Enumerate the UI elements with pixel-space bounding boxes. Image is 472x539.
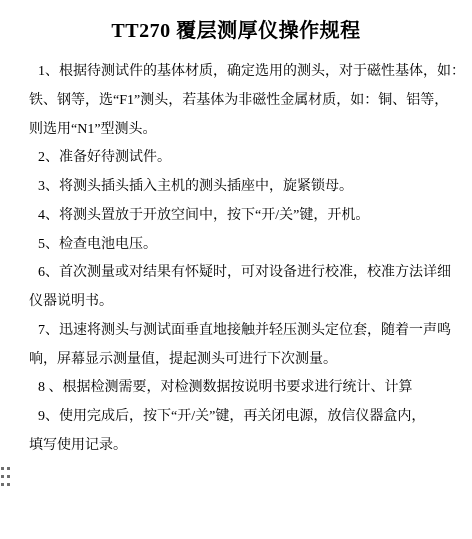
document-title: TT270 覆层测厚仪操作规程	[0, 17, 472, 45]
document-page: TT270 覆层测厚仪操作规程 1、根据待测试件的基体材质，确定选用的测头，对于…	[0, 0, 472, 539]
procedure-line-3: 3、将测头插头插入主机的测头插座中，旋紧锁母。	[29, 173, 449, 202]
procedure-line-9a: 9、使用完成后，按下“开/关”键，再关闭电源，放信仪器盒内，	[29, 403, 449, 432]
procedure-line-5: 5、检查电池电压。	[29, 231, 449, 260]
scan-artifact-dots	[1, 467, 4, 470]
procedure-line-8: 8 、根据检测需要，对检测数据按说明书要求进行统计、计算	[29, 374, 449, 403]
procedure-line-1a: 1、根据待测试件的基体材质，确定选用的测头，对于磁性基体，如：	[29, 58, 449, 87]
procedure-line-6b: 仪器说明书。	[29, 288, 449, 317]
procedure-line-1c: 则选用“N1”型测头。	[29, 116, 449, 145]
procedure-line-4: 4、将测头置放于开放空间中，按下“开/关”键，开机。	[29, 202, 449, 231]
procedure-line-6a: 6、首次测量或对结果有怀疑时，可对设备进行校准，校准方法详细	[29, 259, 449, 288]
document-body: 1、根据待测试件的基体材质，确定选用的测头，对于磁性基体，如： 铁、钢等，选“F…	[29, 58, 449, 461]
procedure-line-2: 2、准备好待测试件。	[29, 144, 449, 173]
procedure-line-7b: 响，屏幕显示测量值，提起测头可进行下次测量。	[29, 346, 449, 375]
procedure-line-1b: 铁、钢等，选“F1”测头，若基体为非磁性金属材质，如：铜、铝等，	[29, 87, 449, 116]
procedure-line-7a: 7、迅速将测头与测试面垂直地接触并轻压测头定位套，随着一声鸣	[29, 317, 449, 346]
procedure-line-9b: 填写使用记录。	[29, 432, 449, 461]
